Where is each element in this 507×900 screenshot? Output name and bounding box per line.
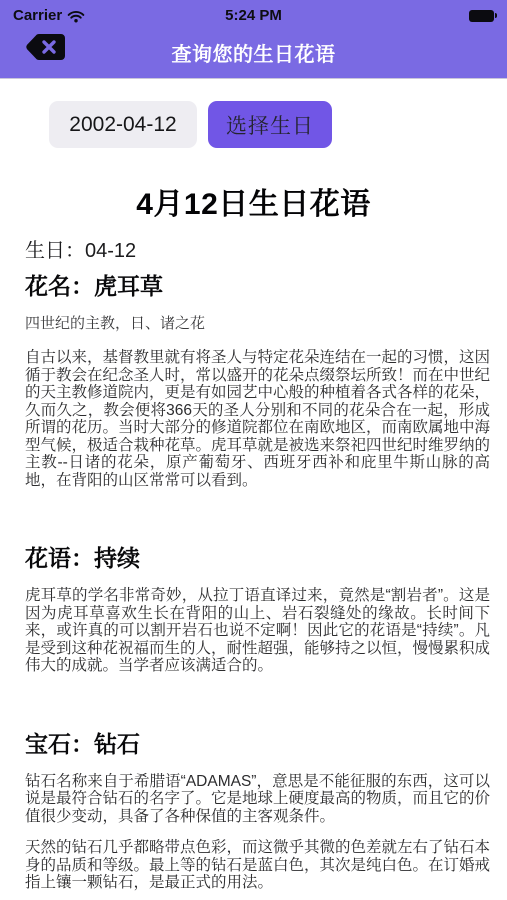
app-header: Carrier 5:24 PM [0, 0, 507, 78]
app-screen: Carrier 5:24 PM [0, 0, 507, 900]
flower-paragraph: 自古以来，基督教里就有将圣人与特定花朵连结在一起的习惯，这因循于教会在纪念圣人时… [25, 349, 490, 489]
pick-birthday-button[interactable]: 选择生日 [208, 101, 332, 148]
carrier-label: Carrier [13, 7, 62, 24]
flower-language-heading: 花语：持续 [25, 544, 482, 572]
flower-subtitle: 四世纪的主教，日、诸之花 [25, 315, 482, 333]
date-row: 2002-04-12 选择生日 [49, 101, 507, 148]
gem-heading: 宝石：钻石 [25, 730, 482, 758]
status-left: Carrier [13, 7, 85, 24]
flower-name-heading: 花名：虎耳草 [25, 272, 482, 300]
back-button[interactable] [24, 32, 66, 64]
birthday-date-field[interactable]: 2002-04-12 [49, 101, 197, 148]
battery-icon [469, 10, 494, 22]
gem-paragraph-1: 钻石名称来自于希腊语“ADAMAS”，意思是不能征服的东西，这可以说是最符合钻石… [25, 773, 490, 826]
main-content: 2002-04-12 选择生日 4月12日生日花语 生日：04-12 花名：虎耳… [0, 101, 507, 892]
status-bar: Carrier 5:24 PM [0, 0, 507, 27]
backspace-icon [24, 32, 66, 65]
birthday-line: 生日：04-12 [25, 239, 482, 264]
wifi-icon [67, 9, 85, 23]
nav-bar: 查询您的生日花语 [0, 27, 507, 78]
page-header-title: 查询您的生日花语 [172, 38, 336, 67]
gem-paragraph-2: 天然的钻石几乎都略带点色彩，而这微乎其微的色差就左右了钻石本身的品质和等级。最上… [25, 839, 490, 892]
page-title: 4月12日生日花语 [0, 186, 507, 224]
flower-language-paragraph: 虎耳草的学名非常奇妙，从拉丁语直译过来，竟然是“割岩者”。这是因为虎耳草喜欢生长… [25, 587, 490, 675]
